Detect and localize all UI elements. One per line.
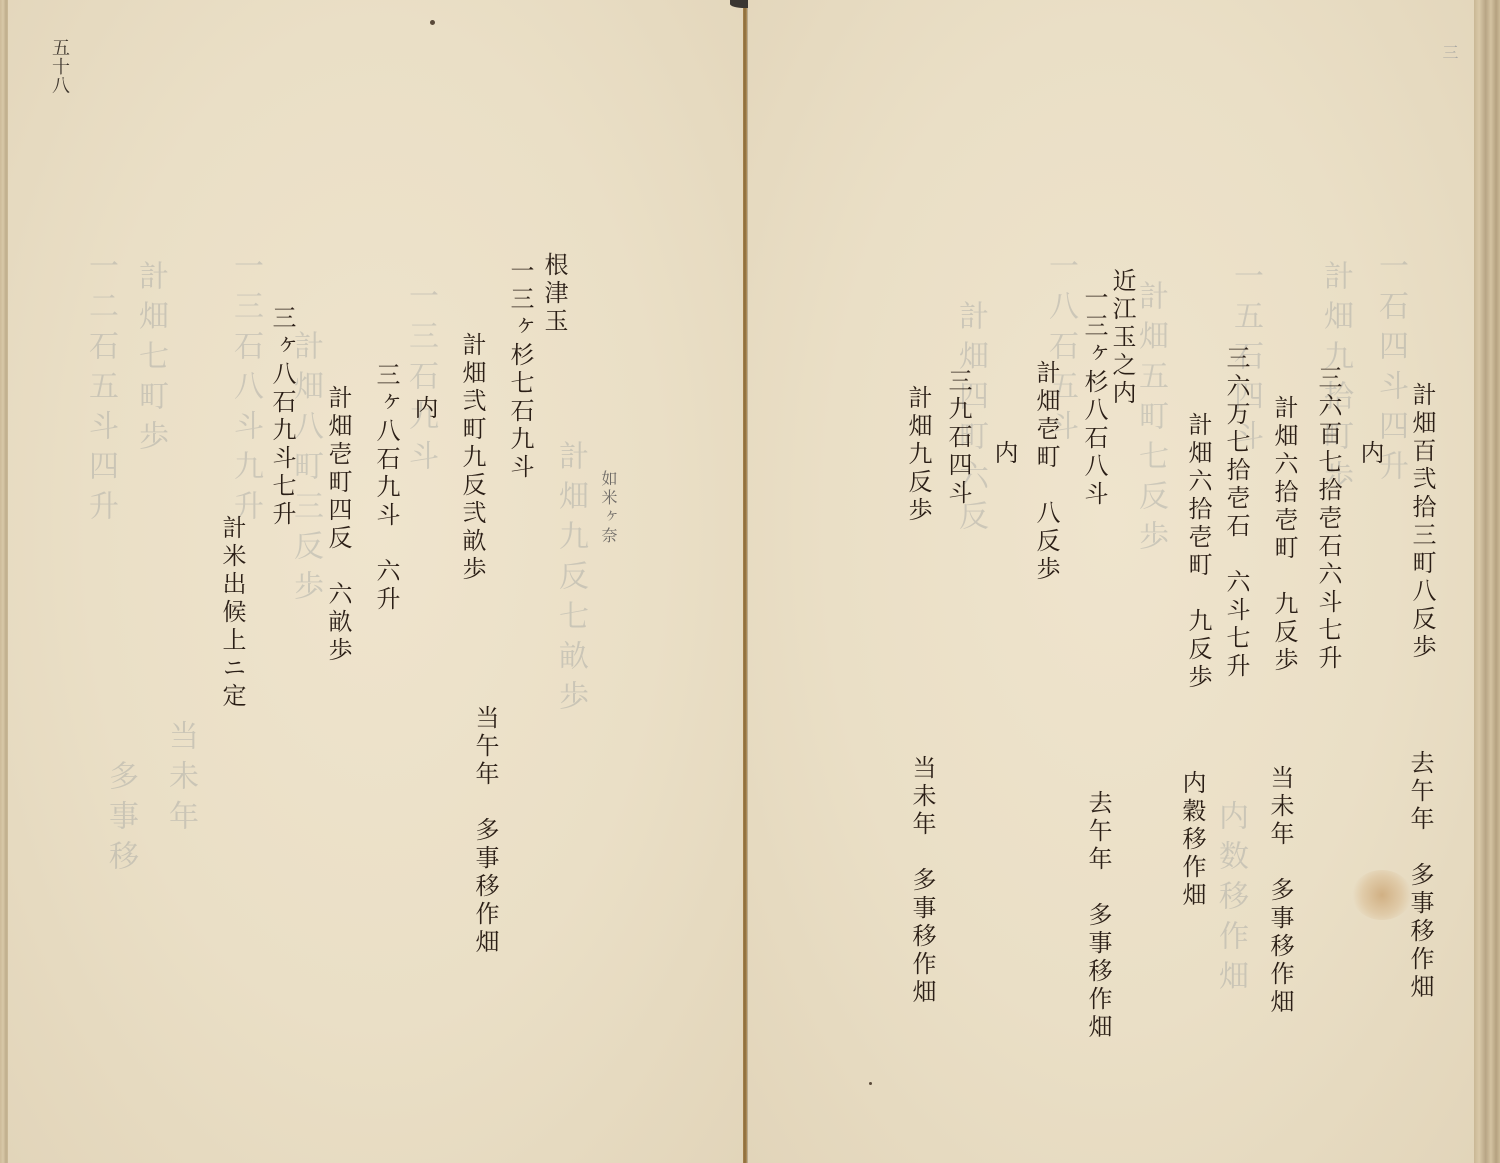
- footer-note: 当未年 多事移作畑: [1268, 765, 1292, 1017]
- right-page-edge: [1474, 0, 1500, 1163]
- footer-note: 当午年 多事移作畑: [473, 705, 497, 957]
- heading-text: 近江玉之内: [1110, 268, 1134, 408]
- page-number: 五十八: [46, 38, 72, 95]
- entry-area: 計畑弐町九反弐畝歩: [460, 332, 484, 584]
- corner-mark: 三: [1438, 44, 1461, 60]
- ink-speck: [430, 20, 435, 25]
- footer-note: 去午年 多事移作畑: [1408, 750, 1432, 1002]
- footer-note: 当未年 多事移作畑: [910, 755, 934, 1007]
- bleed-through-text: 一二石五斗四升: [78, 250, 122, 530]
- entry-yield: 三九石四斗: [946, 368, 970, 508]
- entry-area: 計畑九反歩: [906, 385, 930, 525]
- entry-yield: 三六百七拾壱石六斗七升: [1316, 365, 1340, 673]
- left-page: 五十八 一二石五斗四升 計畑七町歩 一三石八斗九升 計畑八町三反歩 一三石九斗 …: [8, 0, 744, 1163]
- total-area: 計畑百弐拾三町八反歩: [1410, 382, 1434, 662]
- footer-note: 去午年 多事移作畑: [1086, 790, 1110, 1042]
- bleed-through-text: 一三石九斗: [398, 280, 442, 480]
- paper-stain: [1352, 870, 1412, 920]
- bleed-through-text: 計畑七町歩: [128, 260, 172, 460]
- bleed-through-text: 計畑九反七畝歩: [548, 440, 592, 720]
- entry-yield: 一三ヶ杉八石八斗: [1082, 285, 1106, 509]
- bleed-through-text: 内数移作畑: [1208, 800, 1252, 1000]
- bleed-through-text: 多事移: [98, 760, 142, 880]
- entry-yield: 三六万七拾壱石 六斗七升: [1224, 345, 1248, 681]
- entry-area: 計畑壱町四反 六畝歩: [326, 385, 350, 665]
- bleed-through-text: 当未年: [158, 720, 202, 840]
- book-gutter: [743, 0, 747, 1163]
- entry-area: 計畑六拾壱町 九反歩: [1186, 412, 1210, 692]
- entry-area: 計畑六拾壱町 九反歩: [1272, 395, 1296, 675]
- entry-yield: 三ヶ八石九斗七升: [270, 305, 294, 529]
- entry-area: 計畑壱町 八反歩: [1034, 360, 1058, 584]
- total-note: 計米出候上ニ定: [220, 515, 244, 711]
- faint-annotation: 如米ヶ奈: [600, 470, 616, 546]
- footer-note: 内穀移作畑: [1180, 770, 1204, 910]
- note-uchi: 内: [992, 440, 1016, 468]
- open-book: 五十八 一二石五斗四升 計畑七町歩 一三石八斗九升 計畑八町三反歩 一三石九斗 …: [0, 0, 1500, 1163]
- bleed-through-text: 一三石八斗九升: [223, 250, 267, 530]
- ink-speck: [869, 1082, 872, 1085]
- entry-yield: 一三ヶ杉七石九斗: [508, 258, 532, 482]
- note-uchi: 内: [412, 395, 436, 423]
- note-uchi: 内: [1358, 440, 1382, 468]
- heading-text: 根津玉: [542, 252, 566, 336]
- entry-yield: 三ヶ八石九斗 六升: [374, 362, 398, 614]
- right-page: 一石四斗四升 計畑九拾町歩 一五石四斗 計畑五町七反歩 一八石五斗 計畑四町六反…: [748, 0, 1474, 1163]
